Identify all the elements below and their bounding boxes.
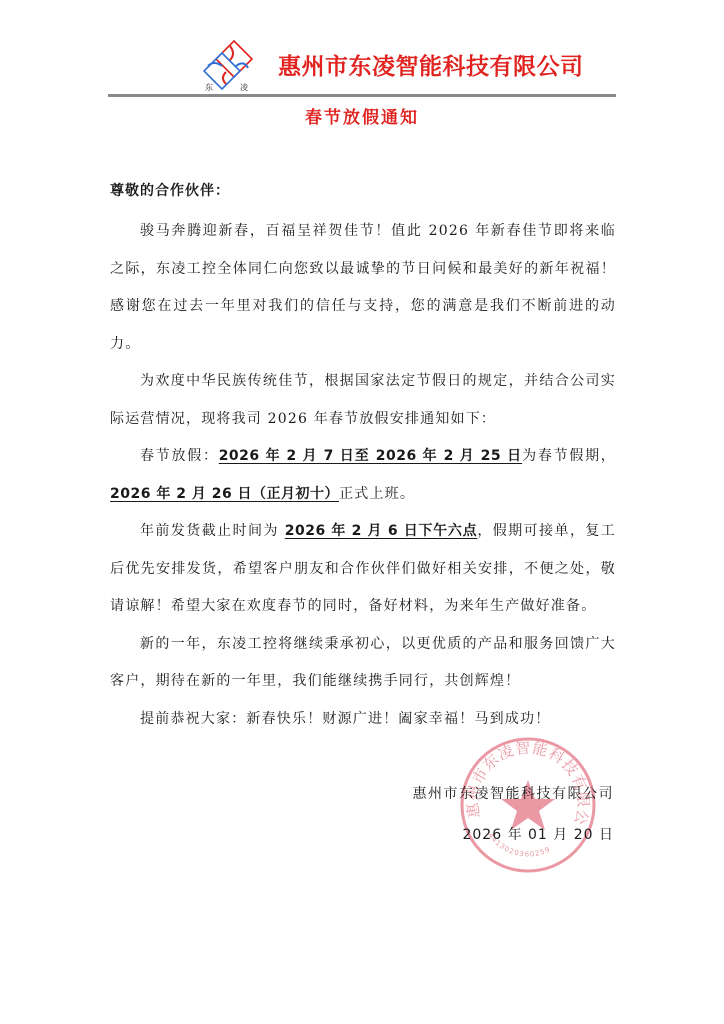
paragraph-text: 骏马奔腾迎新春，百福呈祥贺佳节！值此 2026 年新春佳节即将来临之际，东凌工控… [110,223,616,352]
paragraph-text: 提前恭祝大家：新春快乐！财源广进！阖家幸福！马到成功！ [140,711,550,727]
svg-text:惠州市东凌智能科技有限公司: 惠州市东凌智能科技有限公司 [458,735,592,828]
signature-date: 2026 年 01 月 20 日 [462,824,614,844]
paragraph-shipping-cutoff: 年前发货截止时间为 2026 年 2 月 6 日下午六点，假期可接单，复工后优先… [110,513,616,626]
svg-text:东: 东 [205,82,213,92]
paragraph-arrangement-intro: 为欢度中华民族传统佳节，根据国家法定节假日的规定，并结合公司实际运营情况，现将我… [110,363,616,438]
holiday-dates: 2026 年 2 月 7 日至 2026 年 2 月 25 日 [219,448,522,464]
document-page: 东 凌 惠州市东凌智能科技有限公司 春节放假通知 尊敬的合作伙伴： 骏马奔腾迎新… [0,0,724,1024]
paragraph-text: 正式上班。 [339,486,415,502]
company-seal-icon: 惠州市东凌智能科技有限公司 4413020360259 [458,735,598,875]
paragraph-text: 新的一年，东凌工控将继续秉承初心，以更优质的产品和服务回馈广大客户，期待在新的一… [110,636,616,690]
return-to-work-date: 2026 年 2 月 26 日（正月初十） [110,486,339,502]
paragraph-wishes: 提前恭祝大家：新春快乐！财源广进！阖家幸福！马到成功！ [110,701,616,739]
notice-body: 骏马奔腾迎新春，百福呈祥贺佳节！值此 2026 年新春佳节即将来临之际，东凌工控… [110,213,616,738]
company-logo-icon: 东 凌 [200,40,256,92]
signature-company: 惠州市东凌智能科技有限公司 [413,783,615,803]
paragraph-text: 为春节假期， [522,448,616,464]
salutation: 尊敬的合作伙伴： [110,180,230,200]
header-divider [108,94,616,97]
document-title: 春节放假通知 [0,103,724,128]
shipping-cutoff-time: 2026 年 2 月 6 日下午六点 [285,523,478,539]
paragraph-greeting: 骏马奔腾迎新春，百福呈祥贺佳节！值此 2026 年新春佳节即将来临之际，东凌工控… [110,213,616,363]
paragraph-new-year-outlook: 新的一年，东凌工控将继续秉承初心，以更优质的产品和服务回馈广大客户，期待在新的一… [110,626,616,701]
paragraph-text: 年前发货截止时间为 [140,523,285,539]
paragraph-text: 为欢度中华民族传统佳节，根据国家法定节假日的规定，并结合公司实际运营情况，现将我… [110,373,616,427]
company-name-header: 惠州市东凌智能科技有限公司 [278,48,584,81]
paragraph-text: 春节放假： [140,448,219,464]
paragraph-holiday-period: 春节放假：2026 年 2 月 7 日至 2026 年 2 月 25 日为春节假… [110,438,616,513]
svg-text:凌: 凌 [240,82,248,92]
